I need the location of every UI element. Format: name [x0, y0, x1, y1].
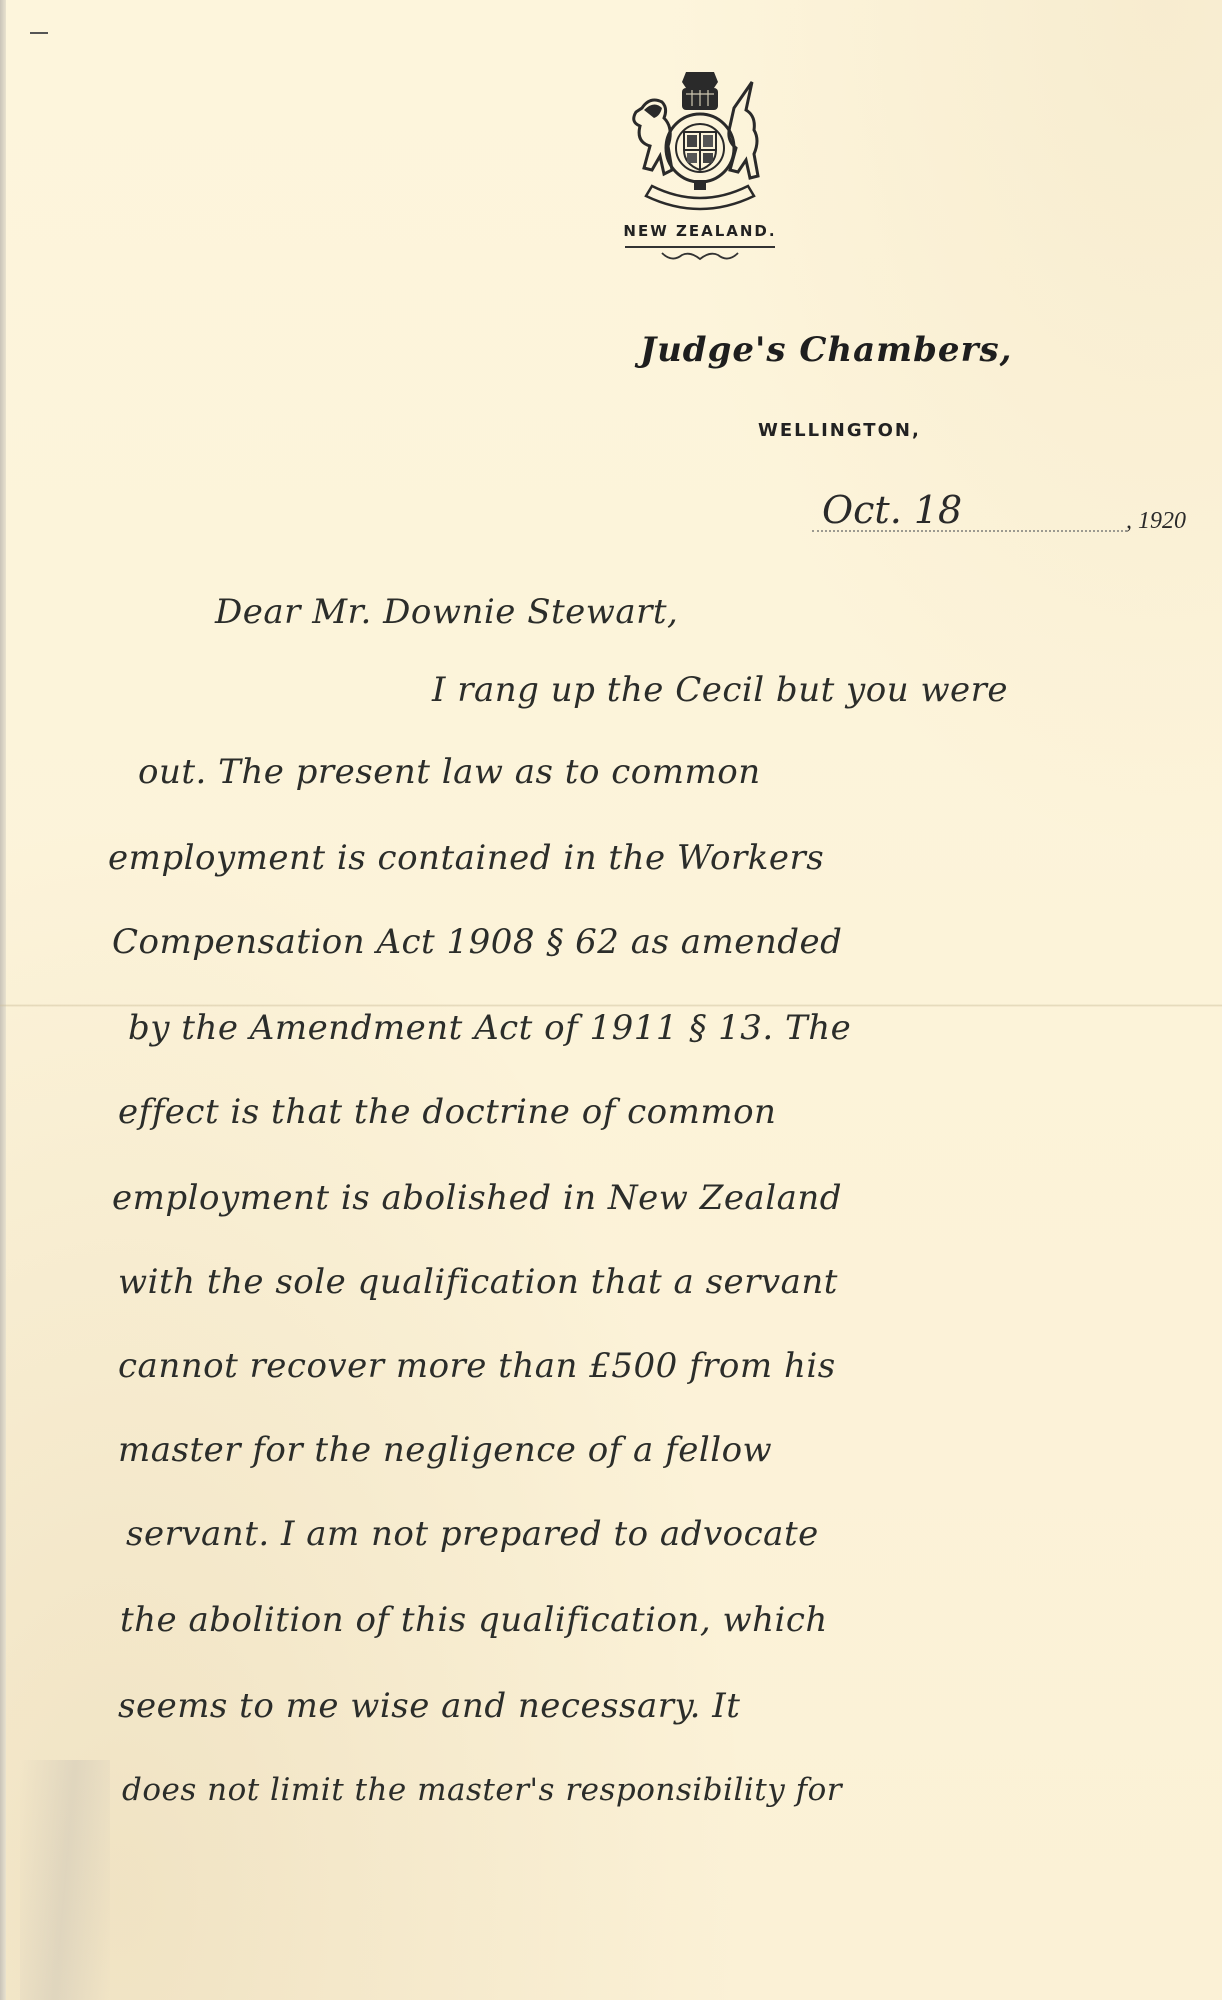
letter-line: by the Amendment Act of 1911 § 13. The — [128, 1008, 851, 1048]
letter-line: the abolition of this qualification, whi… — [120, 1600, 828, 1640]
flourish-icon — [660, 250, 740, 264]
letter-line: does not limit the master's responsibili… — [122, 1772, 842, 1808]
coat-of-arms-icon — [622, 68, 778, 218]
letter-line: master for the negligence of a fellow — [118, 1430, 772, 1470]
letterhead-office: Judge's Chambers, — [640, 330, 1012, 370]
letter-line: employment is abolished in New Zealand — [112, 1178, 842, 1218]
letter-line: employment is contained in the Workers — [108, 838, 824, 878]
letter-line: effect is that the doctrine of common — [118, 1092, 776, 1132]
letterhead-rule — [625, 246, 775, 248]
letter-page: NEW ZEALAND. Judge's Chambers, WELLINGTO… — [0, 0, 1222, 2000]
letter-line: servant. I am not prepared to advocate — [126, 1514, 819, 1554]
letter-line: with the sole qualification that a serva… — [118, 1262, 838, 1302]
letter-line: cannot recover more than £500 from his — [118, 1346, 836, 1386]
letter-line: seems to me wise and necessary. It — [118, 1686, 740, 1726]
date-dotted-line — [812, 530, 1127, 532]
salutation: Dear Mr. Downie Stewart, — [215, 592, 678, 632]
paper-crease — [20, 1760, 110, 2000]
paper-fold-line — [0, 1004, 1222, 1007]
letter-line: out. The present law as to common — [138, 752, 761, 792]
date-year: , 1920 — [1126, 508, 1186, 535]
page-edge — [0, 0, 6, 2000]
letter-line: Compensation Act 1908 § 62 as amended — [112, 922, 842, 962]
letterhead-city: WELLINGTON, — [758, 420, 921, 441]
corner-mark — [30, 32, 48, 34]
date-handwritten: Oct. 18 — [822, 488, 962, 532]
letterhead-country: NEW ZEALAND. — [610, 222, 790, 240]
letter-line: I rang up the Cecil but you were — [432, 670, 1008, 710]
